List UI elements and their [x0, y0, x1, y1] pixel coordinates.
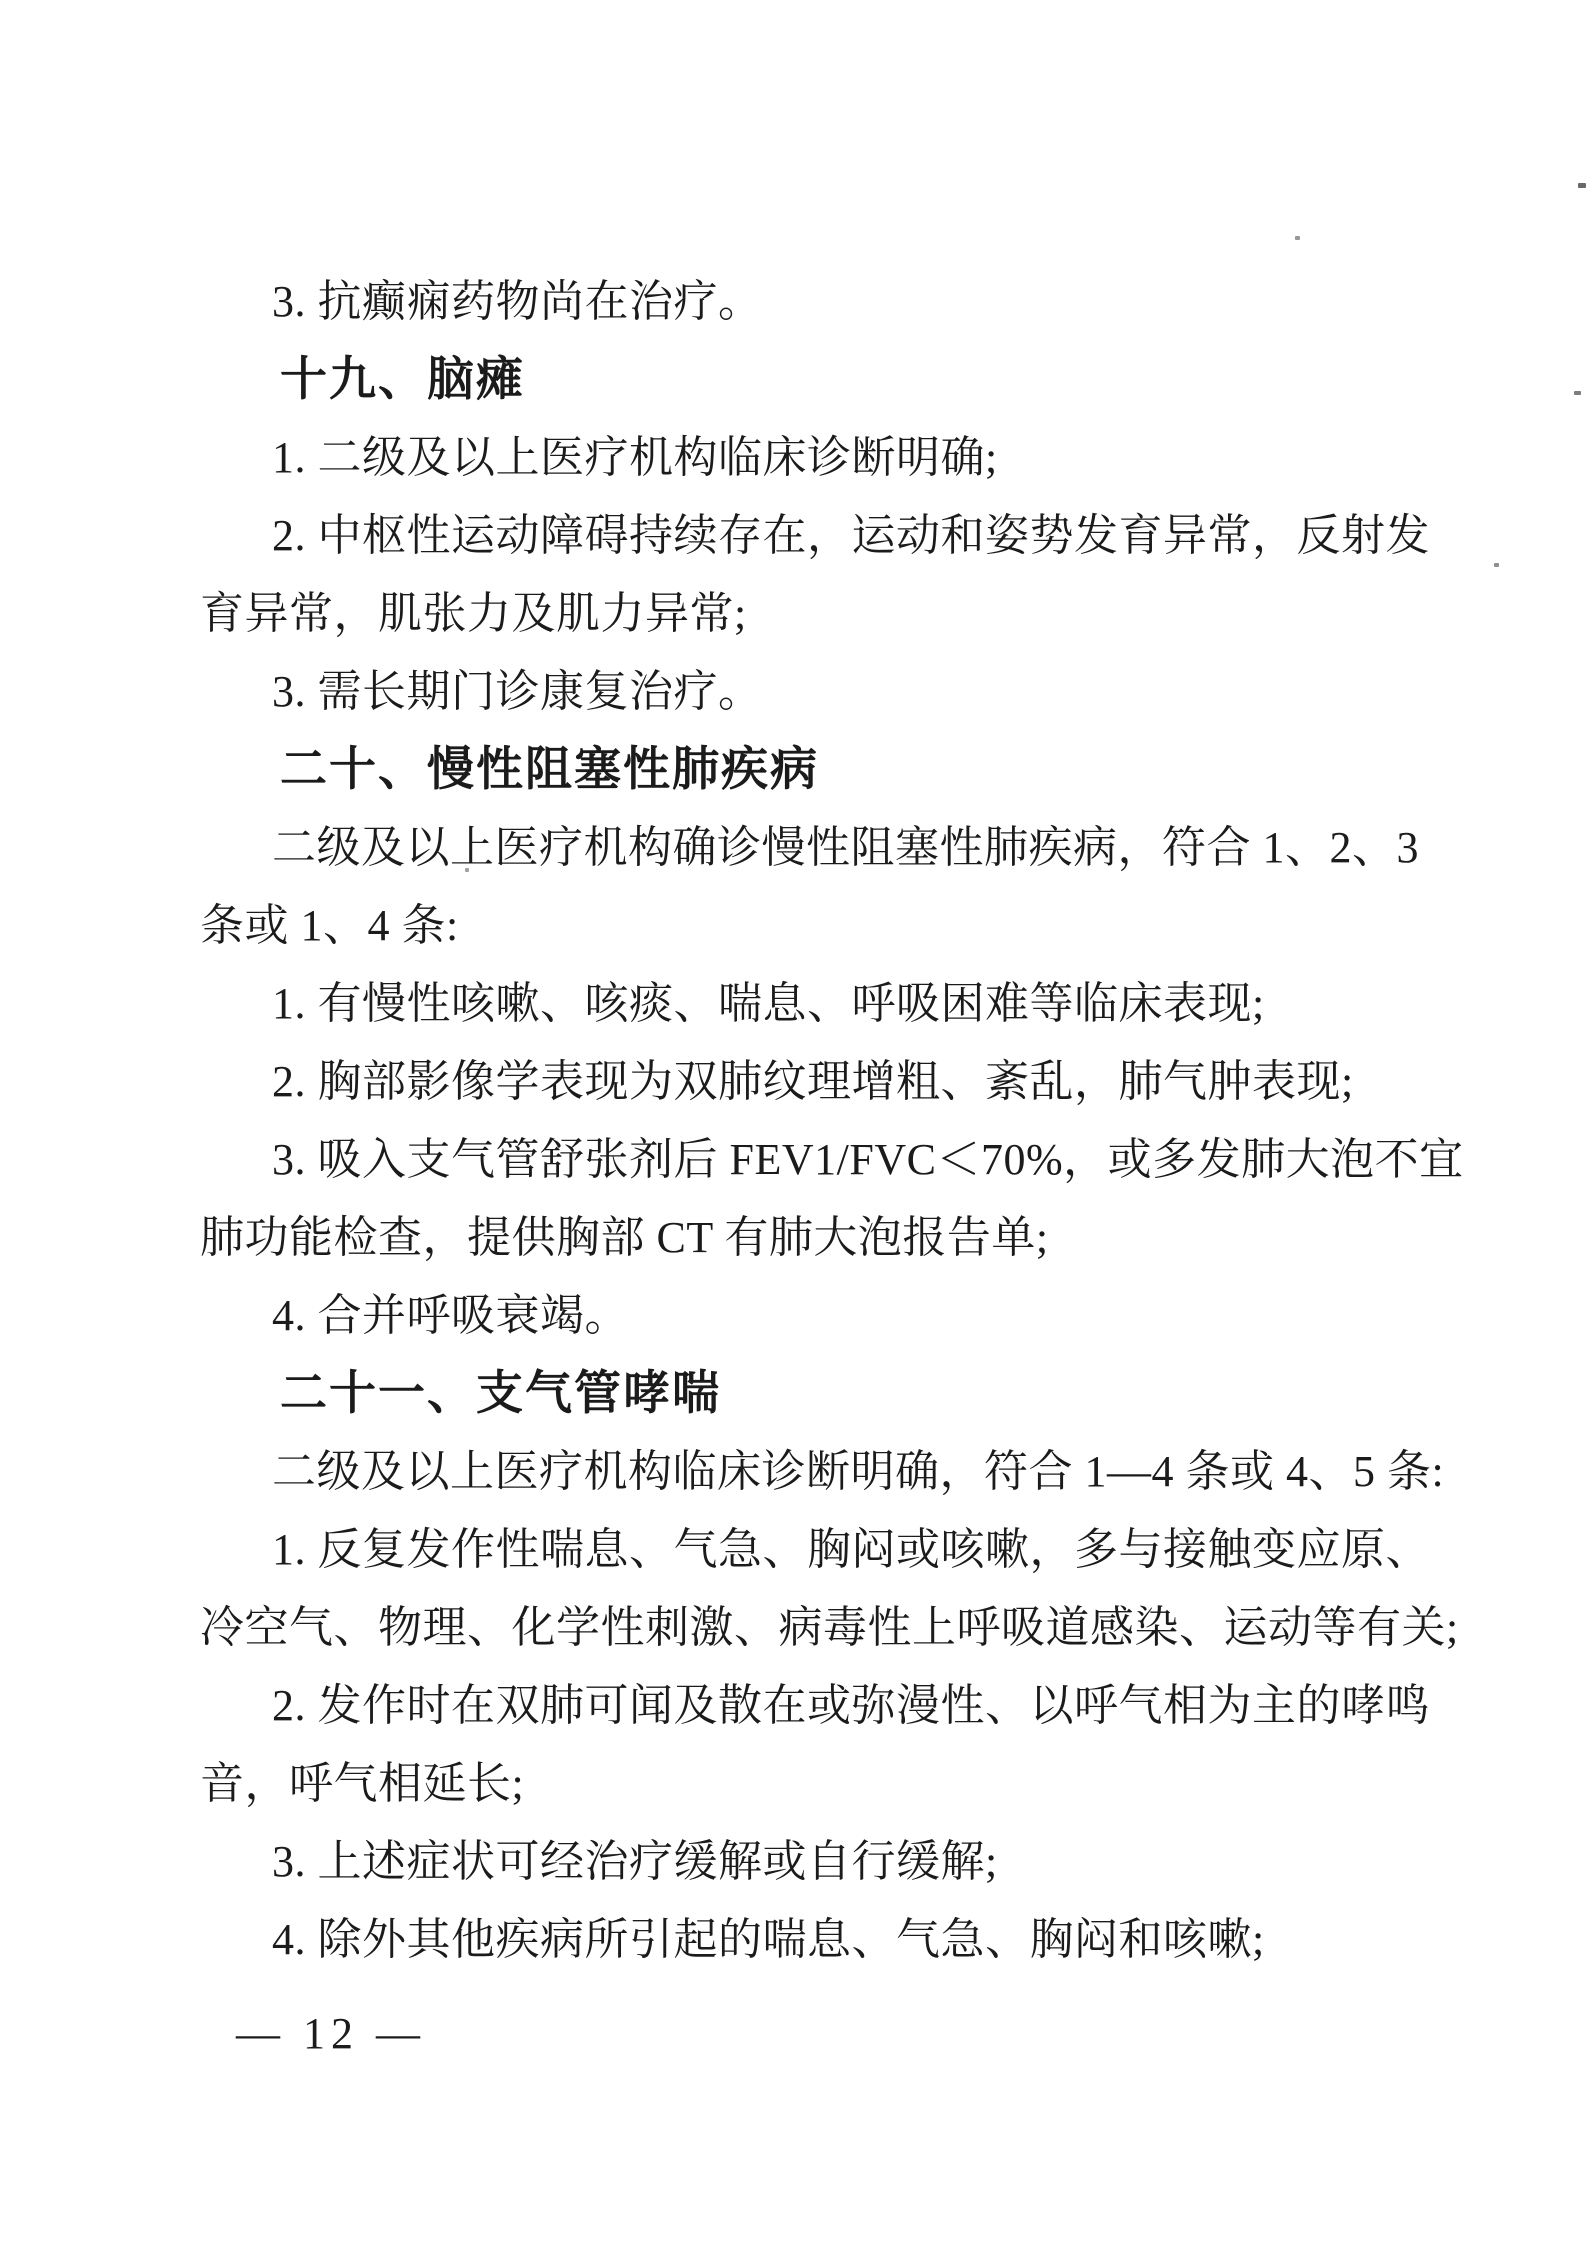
scan-speck: [1574, 391, 1581, 395]
page-number: — 12 —: [236, 2008, 426, 2059]
scan-speck: [1494, 563, 1499, 567]
text-line: 3. 吸入支气管舒张剂后 FEV1/FVC＜70%，或多发肺大泡不宜: [200, 1116, 1460, 1194]
text-line: 音，呼气相延长;: [200, 1740, 1460, 1818]
document-page: 3. 抗癫痫药物尚在治疗。十九、脑瘫1. 二级及以上医疗机构临床诊断明确;2. …: [0, 0, 1586, 2245]
scan-speck: [1578, 183, 1586, 188]
scan-speck: [465, 868, 469, 872]
text-line: 条或 1、4 条:: [200, 882, 1460, 960]
text-line: 1. 反复发作性喘息、气急、胸闷或咳嗽，多与接触变应原、: [200, 1506, 1460, 1584]
text-line: 4. 合并呼吸衰竭。: [200, 1272, 1460, 1350]
text-line: 1. 二级及以上医疗机构临床诊断明确;: [200, 414, 1460, 492]
section-heading: 二十、慢性阻塞性肺疾病: [200, 726, 1460, 804]
scan-speck: [1295, 236, 1300, 240]
text-line: 2. 发作时在双肺可闻及散在或弥漫性、以呼气相为主的哮鸣: [200, 1662, 1460, 1740]
text-line: 2. 中枢性运动障碍持续存在，运动和姿势发育异常，反射发: [200, 492, 1460, 570]
text-line: 3. 抗癫痫药物尚在治疗。: [200, 258, 1460, 336]
text-line: 肺功能检查，提供胸部 CT 有肺大泡报告单;: [200, 1194, 1460, 1272]
text-line: 1. 有慢性咳嗽、咳痰、喘息、呼吸困难等临床表现;: [200, 960, 1460, 1038]
text-line: 3. 上述症状可经治疗缓解或自行缓解;: [200, 1818, 1460, 1896]
text-line: 二级及以上医疗机构临床诊断明确，符合 1—4 条或 4、5 条:: [200, 1428, 1460, 1506]
text-line: 二级及以上医疗机构确诊慢性阻塞性肺疾病，符合 1、2、3: [200, 804, 1460, 882]
document-body: 3. 抗癫痫药物尚在治疗。十九、脑瘫1. 二级及以上医疗机构临床诊断明确;2. …: [200, 258, 1460, 1974]
text-line: 育异常，肌张力及肌力异常;: [200, 570, 1460, 648]
text-line: 3. 需长期门诊康复治疗。: [200, 648, 1460, 726]
text-line: 4. 除外其他疾病所引起的喘息、气急、胸闷和咳嗽;: [200, 1896, 1460, 1974]
text-line: 冷空气、物理、化学性刺激、病毒性上呼吸道感染、运动等有关;: [200, 1584, 1460, 1662]
section-heading: 十九、脑瘫: [200, 336, 1460, 414]
section-heading: 二十一、支气管哮喘: [200, 1350, 1460, 1428]
text-line: 2. 胸部影像学表现为双肺纹理增粗、紊乱，肺气肿表现;: [200, 1038, 1460, 1116]
